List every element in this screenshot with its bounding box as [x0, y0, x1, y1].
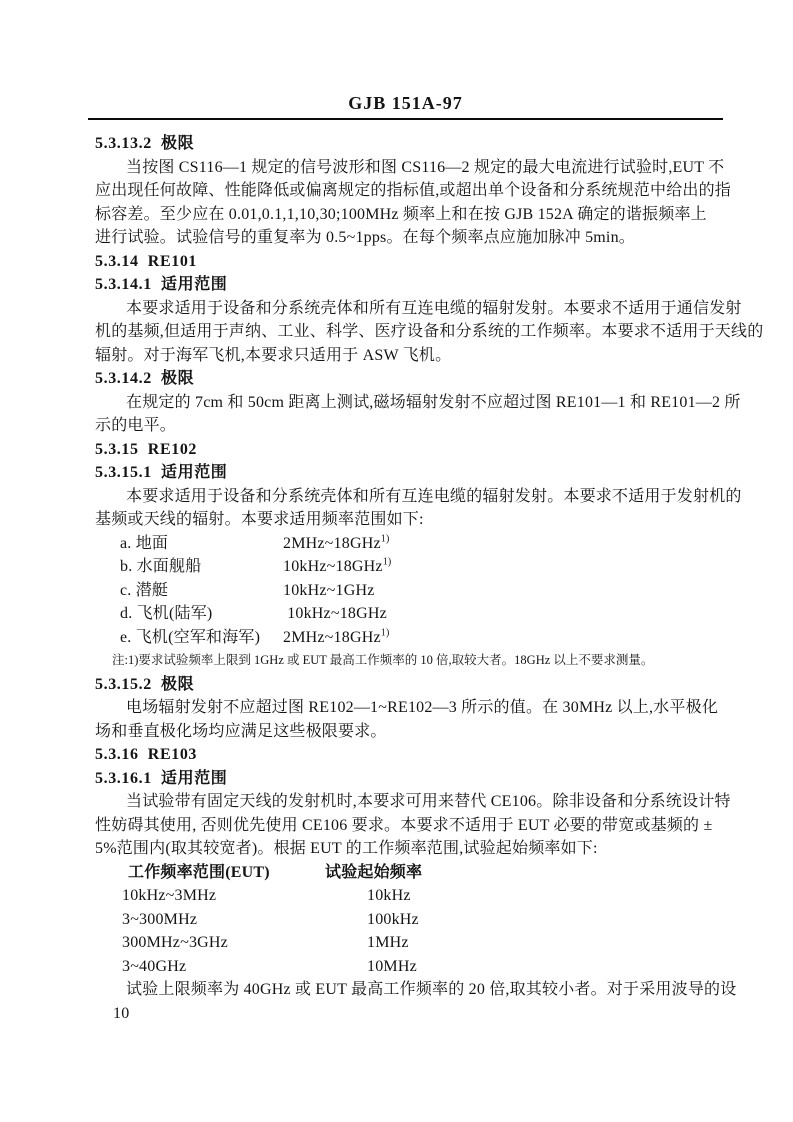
paragraph-line: 5%范围内(取其较宽者)。根据 EUT 的工作频率范围,试验起始频率如下: — [95, 837, 716, 861]
paragraph-line: 场和垂直极化场均应满足这些极限要求。 — [95, 720, 716, 744]
paragraph-line: 示的电平。 — [95, 414, 716, 438]
footnote-marker: 1) — [381, 627, 390, 638]
freq-list-item: c. 潜艇10kHz~1GHz — [95, 579, 716, 603]
paragraph-line: 本要求适用于设备和分系统壳体和所有互连电缆的辐射发射。本要求不适用于发射机的 — [95, 485, 716, 509]
document-content: GJB 151A-97 5.3.13.2 极限 当按图 CS116—1 规定的信… — [95, 93, 716, 1025]
freq-table-range-cell: 10kHz~3MHz — [122, 884, 367, 908]
freq-table-col1-header: 工作频率范围(EUT) — [128, 861, 325, 885]
paragraph-line: 当试验带有固定天线的发射机时,本要求可用来替代 CE106。除非设备和分系统设计… — [95, 790, 716, 814]
paragraph-line: 电场辐射发射不应超过图 RE102—1~RE102—3 所示的值。在 30MHz… — [95, 696, 716, 720]
freq-table-col2-header: 试验起始频率 — [325, 864, 422, 881]
paragraph-line: 机的基频,但适用于声纳、工业、科学、医疗设备和分系统的工作频率。本要求不适用于天… — [95, 320, 716, 344]
freq-item-range: 2MHz~18GHz — [283, 629, 381, 646]
freq-list-item: a. 地面2MHz~18GHz1) — [95, 532, 716, 556]
freq-table-range-cell: 300MHz~3GHz — [122, 931, 367, 955]
header-rule — [88, 118, 723, 120]
section-heading-5-3-15: 5.3.15 RE102 — [95, 438, 716, 462]
footnote-marker: 1) — [383, 557, 392, 568]
freq-table-start-cell: 10MHz — [367, 958, 417, 975]
section-heading-5-3-14: 5.3.14 RE101 — [95, 250, 716, 274]
freq-table-row: 300MHz~3GHz1MHz — [95, 931, 716, 955]
paragraph-line: 基频或天线的辐射。本要求适用频率范围如下: — [95, 508, 716, 532]
freq-item-label: d. 飞机(陆军) — [120, 602, 283, 626]
freq-list-item: d. 飞机(陆军) 10kHz~18GHz — [95, 602, 716, 626]
page-number: 10 — [95, 1002, 716, 1026]
freq-table-start-cell: 1MHz — [367, 934, 409, 951]
freq-table-row: 10kHz~3MHz10kHz — [95, 884, 716, 908]
freq-table-row: 3~40GHz10MHz — [95, 955, 716, 979]
footnote-text: 注:1)要求试验频率上限到 1GHz 或 EUT 最高工作频率的 10 倍,取较… — [95, 649, 716, 673]
freq-item-label: a. 地面 — [120, 532, 283, 556]
section-heading-5-3-13-2: 5.3.13.2 极限 — [95, 132, 716, 156]
document-body: 5.3.13.2 极限 当按图 CS116—1 规定的信号波形和图 CS116—… — [95, 132, 716, 1025]
paragraph-line: 在规定的 7cm 和 50cm 距离上测试,磁场辐射发射不应超过图 RE101—… — [95, 391, 716, 415]
section-heading-5-3-14-1: 5.3.14.1 适用范围 — [95, 273, 716, 297]
paragraph-line: 性妨碍其使用, 否则优先使用 CE106 要求。本要求不适用于 EUT 必要的带… — [95, 814, 716, 838]
freq-item-range: 10kHz~1GHz — [283, 582, 375, 599]
freq-item-label: b. 水面舰船 — [120, 555, 283, 579]
freq-item-range: 10kHz~18GHz — [283, 558, 383, 575]
paragraph-line: 当按图 CS116—1 规定的信号波形和图 CS116—2 规定的最大电流进行试… — [95, 156, 716, 180]
footnote-marker: 1) — [381, 533, 390, 544]
freq-table-header-row: 工作频率范围(EUT)试验起始频率 — [95, 861, 716, 885]
freq-item-label: c. 潜艇 — [120, 579, 283, 603]
freq-table-row: 3~300MHz100kHz — [95, 908, 716, 932]
freq-item-range: 2MHz~18GHz — [283, 535, 381, 552]
freq-item-range: 10kHz~18GHz — [283, 605, 387, 622]
section-heading-5-3-14-2: 5.3.14.2 极限 — [95, 367, 716, 391]
section-heading-5-3-15-2: 5.3.15.2 极限 — [95, 673, 716, 697]
freq-table-range-cell: 3~40GHz — [122, 955, 367, 979]
freq-item-label: e. 飞机(空军和海军) — [120, 626, 283, 650]
paragraph-line: 应出现任何故障、性能降低或偏离规定的指标值,或超出单个设备和分系统规范中给出的指 — [95, 179, 716, 203]
freq-table-range-cell: 3~300MHz — [122, 908, 367, 932]
freq-table-start-cell: 100kHz — [367, 911, 419, 928]
paragraph-line: 本要求适用于设备和分系统壳体和所有互连电缆的辐射发射。本要求不适用于通信发射 — [95, 297, 716, 321]
paragraph-line: 辐射。对于海军飞机,本要求只适用于 ASW 飞机。 — [95, 344, 716, 368]
section-heading-5-3-16: 5.3.16 RE103 — [95, 743, 716, 767]
freq-list-item: b. 水面舰船10kHz~18GHz1) — [95, 555, 716, 579]
freq-list-item: e. 飞机(空军和海军)2MHz~18GHz1) — [95, 626, 716, 650]
paragraph-line: 进行试验。试验信号的重复率为 0.5~1pps。在每个频率点应施加脉冲 5min… — [95, 226, 716, 250]
document-page: GJB 151A-97 5.3.13.2 极限 当按图 CS116—1 规定的信… — [0, 0, 793, 1122]
paragraph-line: 试验上限频率为 40GHz 或 EUT 最高工作频率的 20 倍,取其较小者。对… — [95, 978, 716, 1002]
section-heading-5-3-16-1: 5.3.16.1 适用范围 — [95, 767, 716, 791]
freq-table-start-cell: 10kHz — [367, 887, 411, 904]
standard-number-header: GJB 151A-97 — [95, 93, 716, 116]
section-heading-5-3-15-1: 5.3.15.1 适用范围 — [95, 461, 716, 485]
paragraph-line: 标容差。至少应在 0.01,0.1,1,10,30;100MHz 频率上和在按 … — [95, 203, 716, 227]
